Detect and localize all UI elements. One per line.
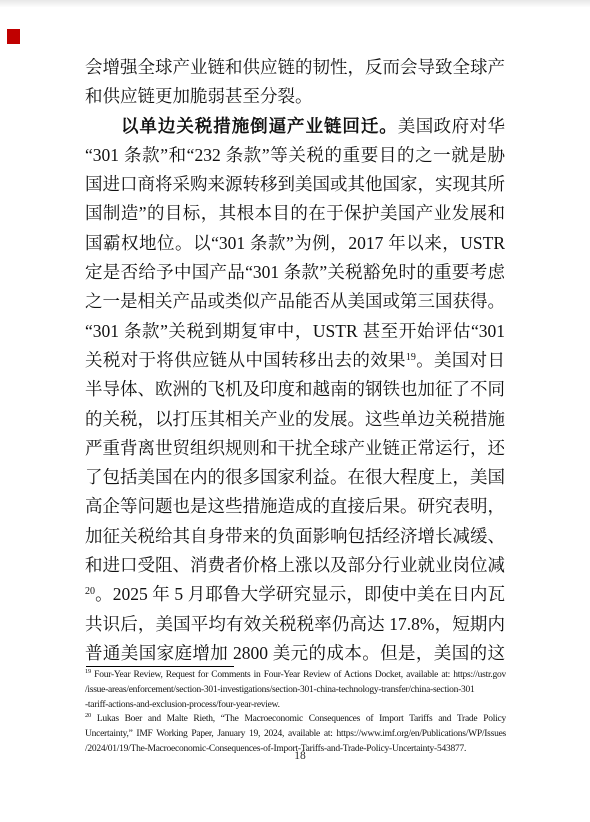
text-segment: 关税对于将供应链从中国转移出去的效果 bbox=[85, 350, 406, 370]
text-segment: 国制造”的目标，其根本目的在于保护美国产业发展和维持美 bbox=[85, 203, 505, 228]
body-text: 会增强全球产业链和供应链的韧性，反而会导致全球产业链和供应链更加脆弱甚至分裂。以… bbox=[85, 53, 505, 668]
body-text-line: “301 条款”和“232 条款”等关税的重要目的之一就是胁迫美 bbox=[85, 141, 505, 170]
body-text-line: 的关税，以打压其相关产业的发展。这些单边关税措施不仅 bbox=[85, 405, 505, 434]
text-segment: 和进口受阻、消费者价格上涨以及部分行业就业岗位减少等 bbox=[85, 555, 505, 580]
text-segment: /issue-areas/enforcement/section-301-inv… bbox=[85, 685, 475, 695]
body-text-line: 普通美国家庭增加 2800 美元的成本。但是，美国的这些损 bbox=[85, 639, 505, 668]
page-number: 18 bbox=[10, 750, 590, 762]
body-text-line: 20。2025 年 5 月耶鲁大学研究显示，即使中美在日内瓦达成 bbox=[85, 580, 505, 609]
body-text-line: 严重背离世贸组织规则和干扰全球产业链正常运行，还损害 bbox=[85, 434, 505, 463]
text-segment: “301 条款”和“232 条款”等关税的重要目的之一就是胁迫美 bbox=[85, 145, 505, 170]
body-text-line: “301 条款”关税到期复审中，USTR 甚至开始评估“301 条款” bbox=[85, 317, 505, 346]
text-segment: 会增强全球产业链和供应链的韧性，反而会导致全球产业链 bbox=[85, 57, 505, 82]
text-segment: Lukas Boer and Malte Rieth, “The Macroec… bbox=[91, 714, 506, 724]
text-segment: Uncertainty,” IMF Working Paper, January… bbox=[85, 729, 506, 739]
body-text-line: 国进口商将采购来源转移到美国或其他国家，实现其所谓“美 bbox=[85, 170, 505, 199]
text-segment: 共识后，美国平均有效关税税率仍高达 17.8%，短期内将给 bbox=[85, 614, 505, 639]
body-text-line: 定是否给予中国产品“301 条款”关税豁免时的重要考虑因素 bbox=[85, 258, 505, 287]
text-segment: 国霸权地位。以“301 条款”为例，2017 年以来，USTR 在决 bbox=[85, 233, 505, 258]
document-page: 会增强全球产业链和供应链的韧性，反而会导致全球产业链和供应链更加脆弱甚至分裂。以… bbox=[0, 0, 590, 822]
body-text-line: 和进口受阻、消费者价格上涨以及部分行业就业岗位减少等 bbox=[85, 551, 505, 580]
text-segment: 之一是相关产品或类似产品能否从美国或第三国获得。在 bbox=[85, 291, 505, 316]
footnote-line: -tariff-actions-and-exclusion-process/fo… bbox=[85, 698, 506, 713]
footnote-line: 20 Lukas Boer and Malte Rieth, “The Macr… bbox=[85, 712, 506, 727]
page-top-edge bbox=[0, 0, 590, 7]
text-segment: 严重背离世贸组织规则和干扰全球产业链正常运行，还损害 bbox=[85, 438, 505, 463]
text-segment: 加征关税给其自身带来的负面影响包括经济增长减缓、出口 bbox=[85, 526, 505, 551]
text-segment: -tariff-actions-and-exclusion-process/fo… bbox=[85, 700, 280, 710]
body-text-line: 关税对于将供应链从中国转移出去的效果19。美国对日本的 bbox=[85, 346, 505, 375]
footnote-line: Uncertainty,” IMF Working Paper, January… bbox=[85, 727, 506, 742]
body-text-line: 了包括美国在内的很多国家利益。在很大程度上，美国通胀 bbox=[85, 463, 505, 492]
body-text-line: 高企等问题也是这些措施造成的直接后果。研究表明，美国 bbox=[85, 492, 505, 521]
body-text-line: 共识后，美国平均有效关税税率仍高达 17.8%，短期内将给 bbox=[85, 610, 505, 639]
footnote-divider bbox=[86, 666, 234, 667]
body-text-line: 半导体、欧洲的飞机及印度和越南的钢铁也加征了不同幅度 bbox=[85, 375, 505, 404]
body-text-line: 之一是相关产品或类似产品能否从美国或第三国获得。在 bbox=[85, 287, 505, 316]
text-segment: 的关税，以打压其相关产业的发展。这些单边关税措施不仅 bbox=[85, 409, 505, 434]
footnote-ref-superscript: 19 bbox=[406, 352, 416, 363]
footnote-line: /issue-areas/enforcement/section-301-inv… bbox=[85, 683, 506, 698]
body-text-line: 加征关税给其自身带来的负面影响包括经济增长减缓、出口 bbox=[85, 522, 505, 551]
body-text-line: 和供应链更加脆弱甚至分裂。 bbox=[85, 82, 505, 111]
text-segment: 。2025 年 5 月耶鲁大学研究显示，即使中美在日内瓦达成 bbox=[85, 584, 505, 609]
text-segment: 普通美国家庭增加 2800 美元的成本。但是，美国的这些损 bbox=[85, 643, 505, 668]
text-segment: 了包括美国在内的很多国家利益。在很大程度上，美国通胀 bbox=[85, 467, 505, 492]
body-text-line: 国制造”的目标，其根本目的在于保护美国产业发展和维持美 bbox=[85, 199, 505, 228]
text-segment: 国进口商将采购来源转移到美国或其他国家，实现其所谓“美 bbox=[85, 174, 505, 199]
text-segment: 和供应链更加脆弱甚至分裂。 bbox=[85, 86, 313, 106]
bold-heading-segment: 以单边关税措施倒逼产业链回迁。 bbox=[121, 116, 398, 136]
text-segment: “301 条款”关税到期复审中，USTR 甚至开始评估“301 条款” bbox=[85, 321, 505, 346]
text-segment: 高企等问题也是这些措施造成的直接后果。研究表明，美国 bbox=[85, 496, 505, 521]
body-text-line: 以单边关税措施倒逼产业链回迁。美国政府对华加征 bbox=[85, 112, 505, 141]
footnotes: 19 Four-Year Review, Request for Comment… bbox=[85, 668, 506, 757]
red-marker-square bbox=[7, 29, 20, 44]
body-text-line: 国霸权地位。以“301 条款”为例，2017 年以来，USTR 在决 bbox=[85, 229, 505, 258]
text-segment: 半导体、欧洲的飞机及印度和越南的钢铁也加征了不同幅度 bbox=[85, 379, 505, 404]
footnote-line: 19 Four-Year Review, Request for Comment… bbox=[85, 668, 506, 683]
footnote-ref-superscript: 20 bbox=[85, 586, 95, 597]
body-text-line: 会增强全球产业链和供应链的韧性，反而会导致全球产业链 bbox=[85, 53, 505, 82]
text-segment: Four-Year Review, Request for Comments i… bbox=[91, 670, 506, 680]
text-segment: 定是否给予中国产品“301 条款”关税豁免时的重要考虑因素 bbox=[85, 262, 505, 287]
